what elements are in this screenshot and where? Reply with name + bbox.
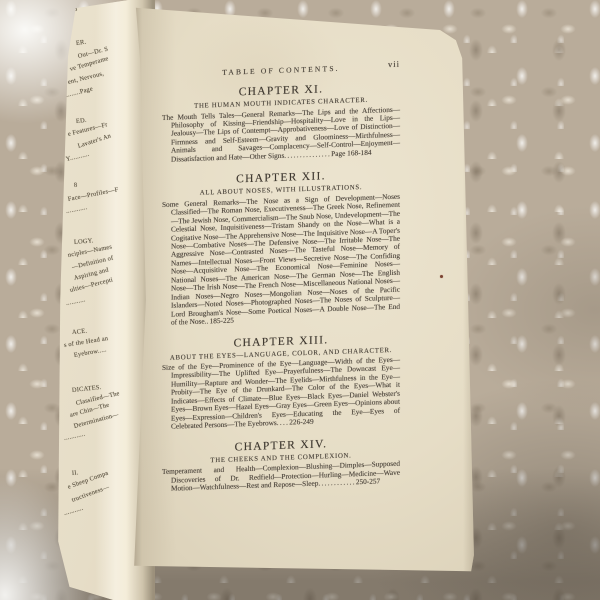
chapter-pages: 250-257	[356, 476, 380, 486]
book-page: TABLE OF CONTENTS. vii CHAPTER XI. THE H…	[130, 0, 476, 600]
leader-dots: ....	[277, 418, 290, 427]
left-page-text-fragment: Y...........	[65, 151, 90, 163]
chapter-xiv-entry: CHAPTER XIV. THE CHEEKS AND THE COMPLEXI…	[162, 435, 400, 493]
left-page-text-fragment: II.	[72, 469, 79, 477]
left-page-text-fragment: ............	[65, 204, 88, 215]
chapter-pages: Page 168-184	[331, 147, 371, 157]
left-page-text-fragment: ER.	[76, 39, 87, 47]
left-page-text-fragment: ent, Nervous,	[67, 70, 104, 86]
chapter-xii-entry: CHAPTER XII. ALL ABOUT NOSES, WITH ILLUS…	[162, 168, 400, 328]
left-page-text-fragment: 8	[74, 182, 78, 189]
left-page-text-fragment: LOGY.	[74, 237, 94, 246]
leader-dots: ...............	[284, 149, 331, 160]
chapter-summary: Some General Remarks—The Nose as a Sign …	[162, 192, 400, 327]
chapter-xiii-entry: CHAPTER XIII. ABOUT THE EYES—LANGUAGE, C…	[162, 331, 400, 431]
page-title: TABLE OF CONTENTS.	[162, 62, 400, 79]
left-page-text-fragment: DICATES.	[72, 384, 102, 394]
leader-dots: ............	[318, 477, 356, 487]
left-page-text-fragment: ve Temperame	[69, 55, 109, 73]
folio-page-number: vii	[388, 59, 400, 69]
chapter-pages: 185-225	[210, 316, 234, 326]
left-page-text-fragment: ACE.	[72, 328, 88, 336]
book-photo-scene: 8 ER. Out—Dr. S ve Temperame ent, Nervou…	[0, 0, 600, 600]
left-page-text-fragment: ED.	[76, 117, 87, 125]
chapter-xi-entry: CHAPTER XI. THE HUMAN MOUTH INDICATES CH…	[162, 81, 400, 165]
chapter-summary: Size of the Eye—Prominence of the Eye—La…	[162, 356, 400, 432]
left-page-text-fragment: ...........	[63, 505, 84, 517]
left-page-text-fragment: ............	[63, 431, 86, 442]
chapter-summary: Temperament and Health—Complexion—Blushi…	[162, 460, 400, 494]
left-page-text-fragment: Eyebrow.....	[73, 346, 107, 359]
chapter-pages: 226-249	[289, 417, 313, 427]
left-page-text-fragment: ........Page	[65, 85, 93, 98]
page-header: TABLE OF CONTENTS. vii	[162, 62, 400, 82]
page-content: TABLE OF CONTENTS. vii CHAPTER XI. THE H…	[162, 62, 400, 494]
left-page-text-fragment: Lavater's An	[77, 132, 112, 149]
left-page-text-fragment: ...........	[65, 296, 86, 307]
chapter-summary: The Mouth Tells Tales—General Remarks—Th…	[162, 105, 400, 164]
paper-fleck	[440, 275, 443, 278]
